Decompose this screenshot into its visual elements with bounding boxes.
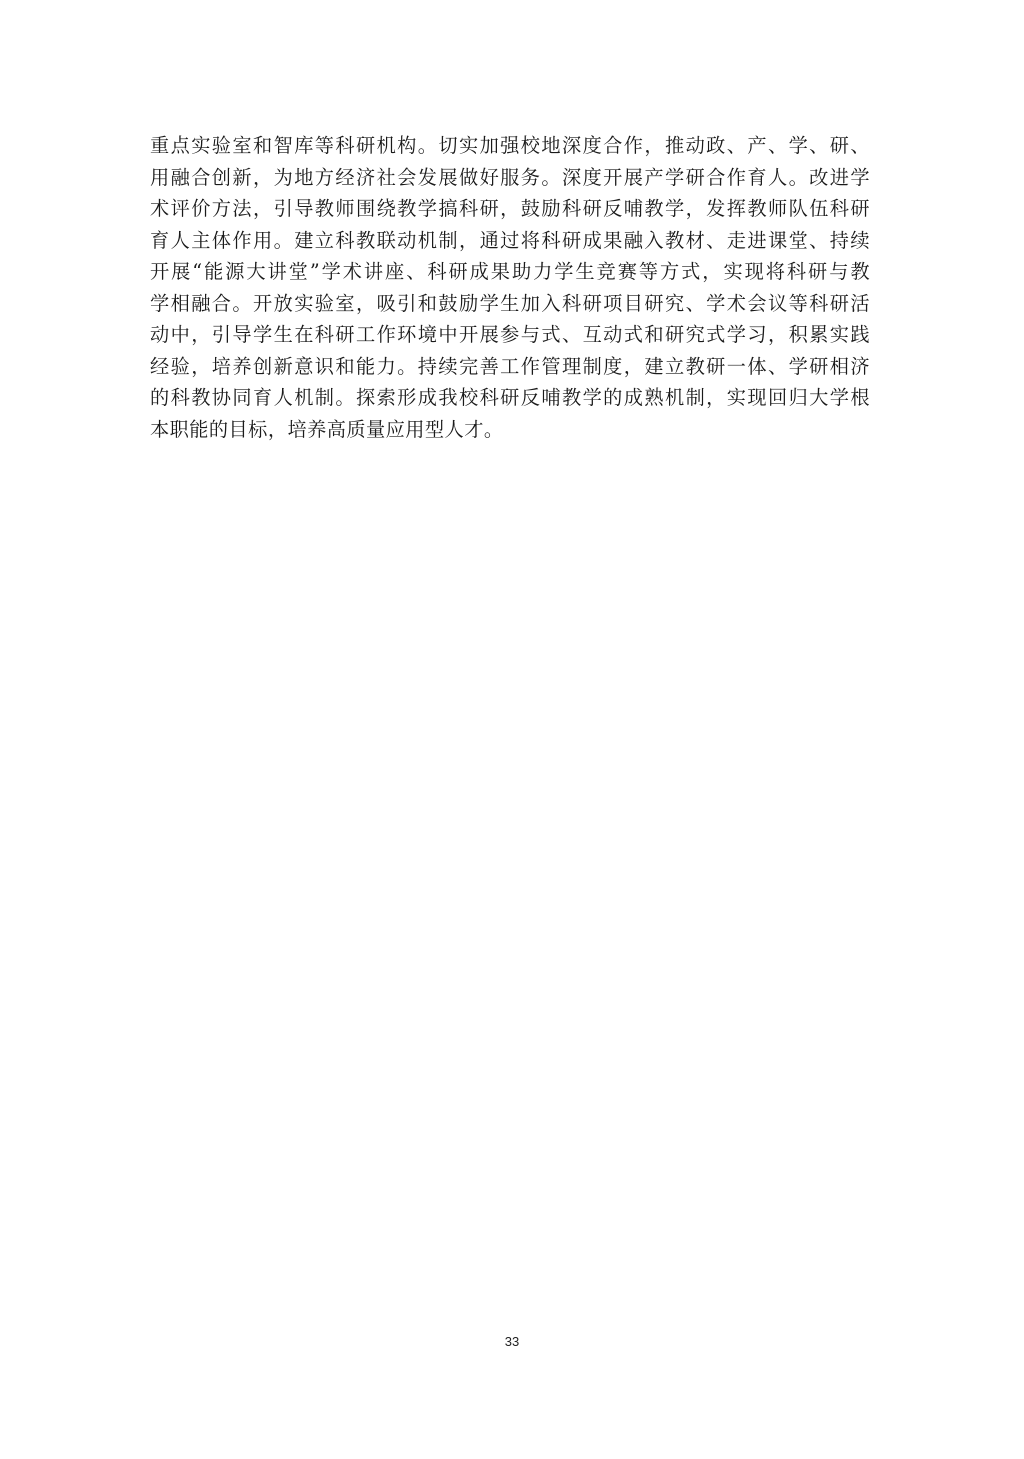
paragraph-line: 学相融合。开放实验室，吸引和鼓励学生加入科研项目研究、学术会议等科研活 <box>150 288 870 320</box>
paragraph-line: 用融合创新，为地方经济社会发展做好服务。深度开展产学研合作育人。改进学 <box>150 162 870 194</box>
paragraph-line: 本职能的目标，培养高质量应用型人才。 <box>150 414 870 446</box>
body-paragraph: 重点实验室和智库等科研机构。切实加强校地深度合作，推动政、产、学、研、 用融合创… <box>150 130 870 445</box>
paragraph-line: 开展“能源大讲堂”学术讲座、科研成果助力学生竞赛等方式，实现将科研与教 <box>150 256 870 288</box>
paragraph-line: 育人主体作用。建立科教联动机制，通过将科研成果融入教材、走进课堂、持续 <box>150 225 870 257</box>
paragraph-line: 术评价方法，引导教师围绕教学搞科研，鼓励科研反哺教学，发挥教师队伍科研 <box>150 193 870 225</box>
page-number: 33 <box>0 1334 1024 1349</box>
document-page: 重点实验室和智库等科研机构。切实加强校地深度合作，推动政、产、学、研、 用融合创… <box>0 0 1024 1459</box>
paragraph-line: 动中，引导学生在科研工作环境中开展参与式、互动式和研究式学习，积累实践 <box>150 319 870 351</box>
paragraph-line: 经验，培养创新意识和能力。持续完善工作管理制度，建立教研一体、学研相济 <box>150 351 870 383</box>
paragraph-line: 重点实验室和智库等科研机构。切实加强校地深度合作，推动政、产、学、研、 <box>150 130 870 162</box>
paragraph-line: 的科教协同育人机制。探索形成我校科研反哺教学的成熟机制，实现回归大学根 <box>150 382 870 414</box>
